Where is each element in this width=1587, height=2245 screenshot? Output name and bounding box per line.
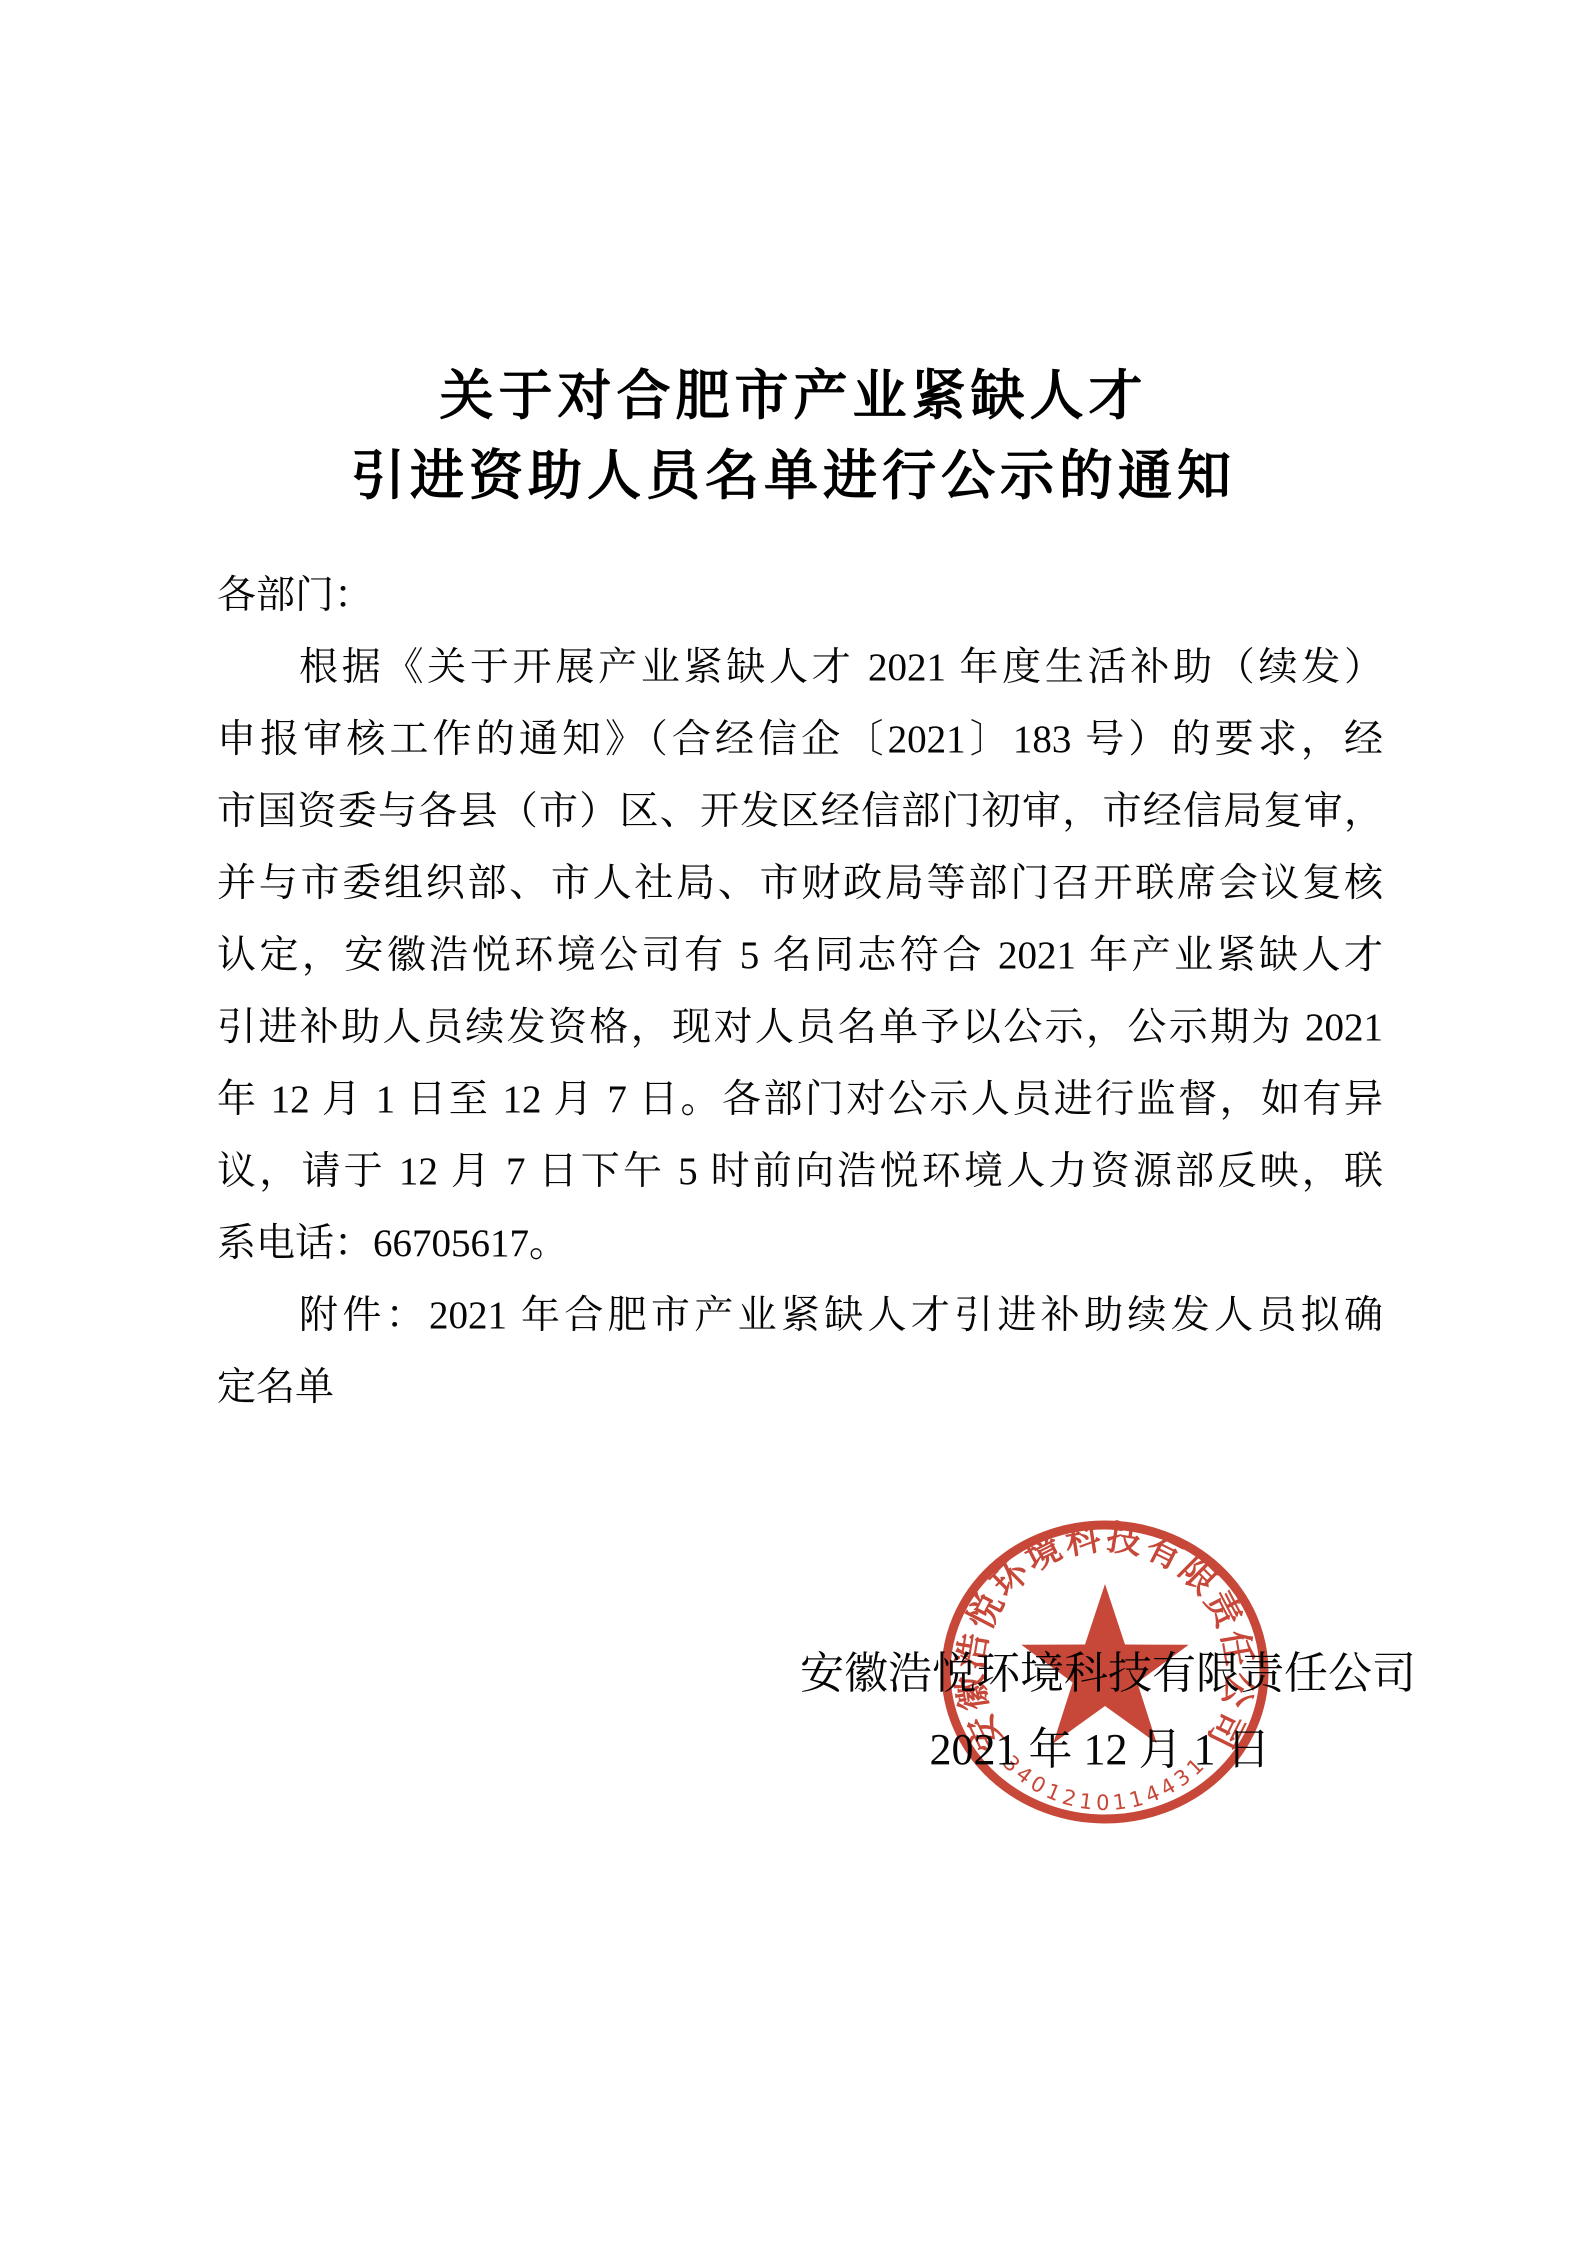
document-title-line-2: 引进资助人员名单进行公示的通知	[0, 436, 1587, 516]
document-title: 关于对合肥市产业紧缺人才 引进资助人员名单进行公示的通知	[0, 356, 1587, 516]
body-line: 申报审核工作的通知》（合经信企〔2021〕183 号）的要求，经	[217, 704, 1383, 776]
document-title-line-1: 关于对合肥市产业紧缺人才	[0, 356, 1587, 436]
body-line: 议，请于 12 月 7 日下午 5 时前向浩悦环境人力资源部反映，联	[217, 1136, 1383, 1208]
body-line: 引进补助人员续发资格，现对人员名单予以公示，公示期为 2021	[217, 992, 1383, 1064]
body-line: 各部门：	[217, 560, 1383, 632]
body-line: 认定，安徽浩悦环境公司有 5 名同志符合 2021 年产业紧缺人才	[217, 920, 1383, 992]
signature-block: 安徽浩悦环境科技有限责任公司 2021 年 12 月 1 日	[800, 1650, 1400, 1774]
body-line: 系电话：66705617。	[217, 1208, 1383, 1280]
signature-date: 2021 年 12 月 1 日	[800, 1726, 1400, 1774]
body-line: 年 12 月 1 日至 12 月 7 日。各部门对公示人员进行监督，如有异	[217, 1064, 1383, 1136]
body-line: 定名单	[217, 1352, 1383, 1424]
document-page: { "document": { "title_lines": [ "关于对合肥市…	[0, 0, 1587, 2245]
body-line: 根据《关于开展产业紧缺人才 2021 年度生活补助（续发）	[217, 632, 1383, 704]
body-line: 附件：2021 年合肥市产业紧缺人才引进补助续发人员拟确	[217, 1280, 1383, 1352]
body-line: 并与市委组织部、市人社局、市财政局等部门召开联席会议复核	[217, 848, 1383, 920]
signature-company-name: 安徽浩悦环境科技有限责任公司	[800, 1650, 1400, 1698]
body-line: 市国资委与各县（市）区、开发区经信部门初审，市经信局复审，	[217, 776, 1383, 848]
document-body: 各部门：根据《关于开展产业紧缺人才 2021 年度生活补助（续发）申报审核工作的…	[217, 560, 1383, 1424]
